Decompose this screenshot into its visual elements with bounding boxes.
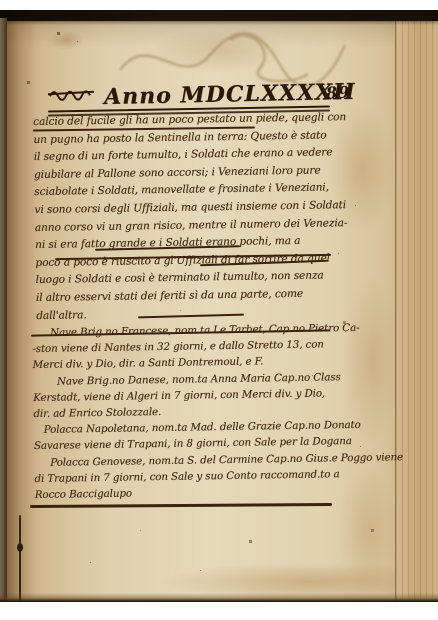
page-edge-bottom <box>0 593 438 602</box>
binding-gutter <box>7 21 37 602</box>
page-edge-stack <box>395 21 438 602</box>
paragraph-block: calcio del fucile gli ha un poco pestato… <box>33 109 346 325</box>
ship-entries-block: Nave Brig.no Francese, nom.ta Le Tarbet,… <box>32 320 345 503</box>
book-edge-left <box>0 18 7 602</box>
manuscript-scan: 89 Anno MDCLXXXXII calcio del fucile gli… <box>0 10 438 602</box>
binding-thread <box>19 515 21 601</box>
crossed-out-scribble <box>48 85 94 106</box>
book-edge-top <box>0 10 438 21</box>
